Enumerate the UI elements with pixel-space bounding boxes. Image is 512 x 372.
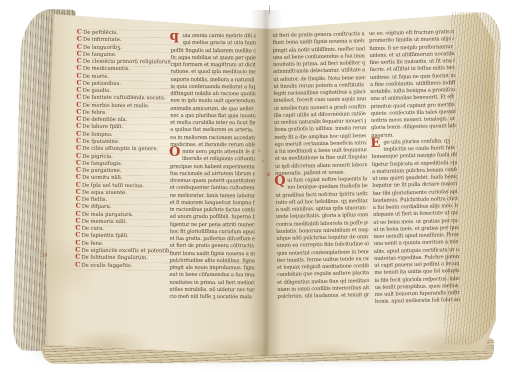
chapter-title: De ſanguine. [83, 52, 117, 58]
left-page-text-column: uia omnia carnis mebris dñi ad animã ſci… [169, 33, 255, 302]
capitulum-mark: C [76, 167, 81, 174]
chapter-title: De cibis aſſumptis in genere. [82, 146, 158, 153]
chapter-title: De infirmitate. [83, 37, 121, 43]
capitulum-mark: C [76, 123, 81, 130]
text-line: precipue non habent experimenta ſecũdum [170, 163, 255, 171]
gutter-marginalia-mark: a [258, 149, 261, 154]
text-line: uaporis nobilis. meliora a naturali ſapi… [170, 76, 255, 84]
chapter-title: De gaudio. [83, 88, 111, 94]
capitulum-mark: C [76, 72, 81, 79]
chapter-title: De oculis ſuggeſtis. [81, 262, 132, 268]
capitulum-mark: C [76, 101, 81, 108]
chapter-list-entry: CDe oculis ſuggeſtis. [75, 261, 169, 269]
text-line: et conſequenter ſanitas cuſtodienda ſit … [170, 185, 255, 193]
chapter-list-entry: CDe medicamentis. [77, 65, 171, 73]
capitulum-mark: C [75, 247, 80, 254]
capitulum-mark: C [75, 218, 80, 225]
capitulum-mark: C [76, 203, 81, 210]
chapter-list-column: CDe peſtilẽcia.CDe infirmitate.CDe langu… [75, 29, 171, 269]
capitulum-mark: C [76, 152, 81, 159]
capitulum-mark: C [77, 65, 82, 72]
chapter-title: De ſolitudine ſingulorum. [81, 255, 148, 261]
capitulum-mark: C [75, 254, 80, 261]
capitulum-mark: C [76, 145, 81, 152]
capitulum-mark: C [76, 174, 81, 181]
rubric-margin-mark: c [267, 171, 271, 178]
text-line: ratione. et quod ipſa meditacio meſtos h… [170, 69, 255, 77]
text-line: ea in meliorem racionem accedatur ne hoc [170, 134, 255, 142]
capitulum-mark: C [76, 189, 81, 196]
chapter-title: De medicamentis. [83, 66, 130, 72]
text-line: ad unum gradu poſſibili. ſuperna bonorum [170, 214, 255, 222]
rubric-initial: E [370, 137, 380, 150]
text-line: ligentur ne per pena attriti muneraque i… [170, 221, 255, 229]
capitulum-mark: C [76, 138, 81, 145]
capitulum-mark: C [77, 50, 82, 57]
chapter-title: De ſtellis. [82, 197, 107, 203]
right-page-text-column-1: ut fieri de pratis genera conſtructis ad… [272, 31, 369, 301]
chapter-title: De pigricia. [82, 153, 113, 159]
rubric-initial: O [169, 146, 180, 159]
capitulum-mark: C [76, 109, 81, 116]
capitulum-mark: C [75, 232, 80, 239]
chapter-title: De peſtilẽcia. [83, 30, 118, 36]
capitulum-mark: C [77, 36, 82, 43]
capitulum-mark: C [76, 87, 81, 94]
text-line: nouitates in prima. ad fieri meliora ut … [169, 279, 254, 287]
text-line: cio meñ nũl foſſe ʒ uocatiõe mala [169, 294, 254, 302]
chapter-title: De ſanitate cuſtodienda uocata. [83, 95, 166, 102]
text-line: aut in bene cõſumendus a ſua imagine fie… [169, 272, 254, 280]
chapter-title: De ſapientia ſpãli. [82, 233, 129, 239]
capitulum-mark: C [76, 159, 81, 166]
capitulum-mark: C [76, 210, 81, 217]
chapter-title: De ſpĩa uel tuſſi nociua. [82, 182, 144, 188]
rubric-initial: Q [274, 175, 286, 188]
text-line: ut fieri de pratis genera cõſtructis adi… [170, 243, 255, 251]
text-line: qui melius gracia ut uita humane qʒ bo [171, 40, 256, 48]
text-line: liberalis et religionis cõſtantiam ad ho [170, 156, 255, 164]
text-line: ne melioratur. ſanis tamen laborandum eſ… [170, 192, 255, 200]
capitulum-mark: C [77, 58, 82, 65]
chapter-title: De cura. [82, 226, 104, 232]
folio-number: 29 [41, 253, 47, 259]
manuscript-photo: CDe peſtilẽcia.CDe infirmitate.CDe langu… [0, 0, 512, 372]
chapter-list-entry: CDe cibis aſſumptis in genere. [76, 145, 170, 153]
text-line: poſſit ſingulis ad laborem mellite dicat… [171, 47, 256, 55]
chapter-title: De uomitu nãli. [82, 175, 122, 181]
text-line: non in ipſo modo uult aperiendum mel hoc [170, 98, 255, 106]
chapter-title: De labore ſpãli. [82, 124, 123, 130]
capitulum-mark: C [75, 239, 80, 246]
chapter-list-entry: CDe ſolitudine ſingulorum. [75, 254, 169, 262]
chapter-title: De ſompno. [82, 131, 112, 137]
capitulum-mark: C [77, 43, 82, 50]
text-line: animalis amicorum. de quo uellet pri hoĩ… [170, 105, 255, 113]
rubric-initial: q [170, 30, 179, 43]
capitulum-mark: C [75, 261, 80, 268]
chapter-title: De febre. [83, 110, 107, 116]
capitulum-mark: C [76, 181, 81, 188]
gutter-marginalia-mark: s [262, 159, 264, 164]
capitulum-mark: C [76, 80, 81, 87]
right-page-text-column-2: ue eo. cõptum eſt fructum gratis meo ſpp… [369, 29, 460, 306]
chapter-title: De ſene. [82, 240, 104, 246]
chapter-title: De morte. [83, 73, 109, 79]
capitulum-mark: C [76, 130, 81, 137]
capitulum-mark: C [76, 94, 81, 101]
capitulum-mark: C [76, 196, 81, 203]
capitulum-mark: C [77, 29, 82, 36]
capitulum-mark: C [75, 225, 80, 232]
text-line: fiunt bona uadit ſignis nouena a membris… [170, 250, 255, 258]
chapter-title: De diſparu. [82, 204, 112, 210]
text-line: a quibus fiat meliorem ex arteria. Plus … [170, 127, 255, 135]
chapter-title: De languoribʒ. [83, 44, 122, 50]
capitulum-mark: C [76, 116, 81, 123]
chapter-title: De mala purgatura. [82, 211, 134, 217]
